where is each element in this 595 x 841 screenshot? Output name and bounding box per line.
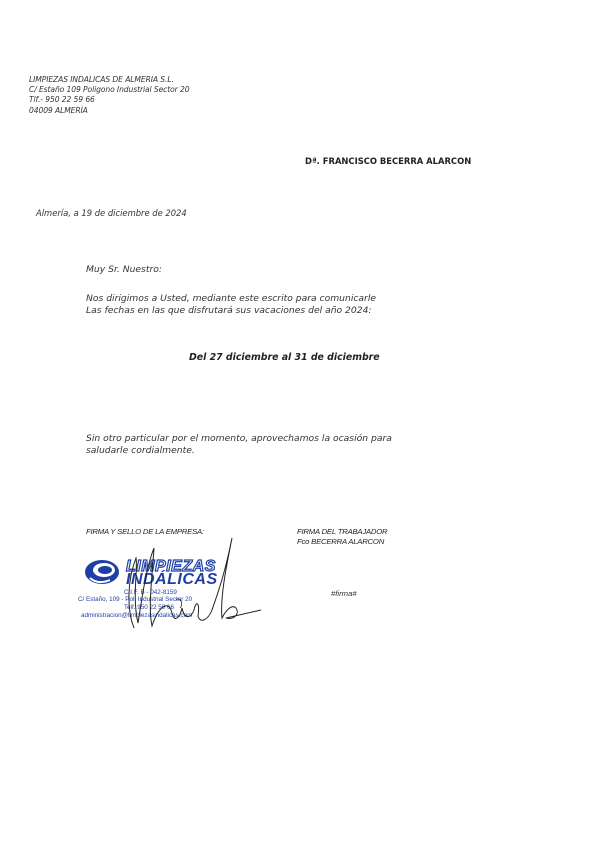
body-line-2: Las fechas en las que disfrutará sus vac… — [86, 305, 376, 317]
sender-company: LIMPIEZAS INDALICAS DE ALMERIA S.L. — [29, 75, 189, 85]
stamp-brand-line-2: INDÁLICAS — [126, 571, 218, 589]
sender-address: C/ Estaño 109 Poligono Industrial Sector… — [29, 85, 189, 95]
stamp-address: C/ Estaño, 109 - Pol. Industrial Sector … — [78, 596, 192, 603]
stamp-email: administracion@limpiezasindalicas.com — [81, 612, 192, 619]
stamp-cif: C.I.F. B - 042-8159 — [124, 589, 177, 596]
date-line: Almería, a 19 de diciembre de 2024 — [36, 208, 187, 218]
body-paragraph: Nos dirigimos a Usted, mediante este esc… — [86, 293, 376, 317]
company-stamp: LIMPIEZAS INDÁLICAS C.I.F. B - 042-8159 … — [76, 538, 266, 638]
worker-signature-placeholder: #firma# — [331, 589, 357, 598]
company-logo-icon — [84, 558, 122, 586]
vacation-dates: Del 27 diciembre al 31 de diciembre — [189, 352, 380, 363]
greeting: Muy Sr. Nuestro: — [86, 264, 162, 275]
closing-line-1: Sin otro particular por el momento, apro… — [86, 433, 392, 445]
closing-line-2: saludarle cordialmente. — [86, 445, 392, 457]
sender-phone: Tlf.- 950 22 59 66 — [29, 95, 189, 105]
company-signature-label: FIRMA Y SELLO DE LA EMPRESA: — [86, 527, 204, 536]
body-line-1: Nos dirigimos a Usted, mediante este esc… — [86, 293, 376, 305]
recipient-name: Dª. FRANCISCO BECERRA ALARCON — [305, 156, 471, 166]
worker-name: Fco BECERRA ALARCON — [297, 537, 387, 547]
worker-signature-block: FIRMA DEL TRABAJADOR Fco BECERRA ALARCON — [297, 527, 387, 547]
sender-block: LIMPIEZAS INDALICAS DE ALMERIA S.L. C/ E… — [29, 75, 189, 116]
closing-paragraph: Sin otro particular por el momento, apro… — [86, 433, 392, 457]
worker-signature-label: FIRMA DEL TRABAJADOR — [297, 527, 387, 537]
stamp-phone: Telf. 950 22 59 66 — [124, 604, 174, 611]
sender-city: 04009 ALMERÌA — [29, 106, 189, 116]
